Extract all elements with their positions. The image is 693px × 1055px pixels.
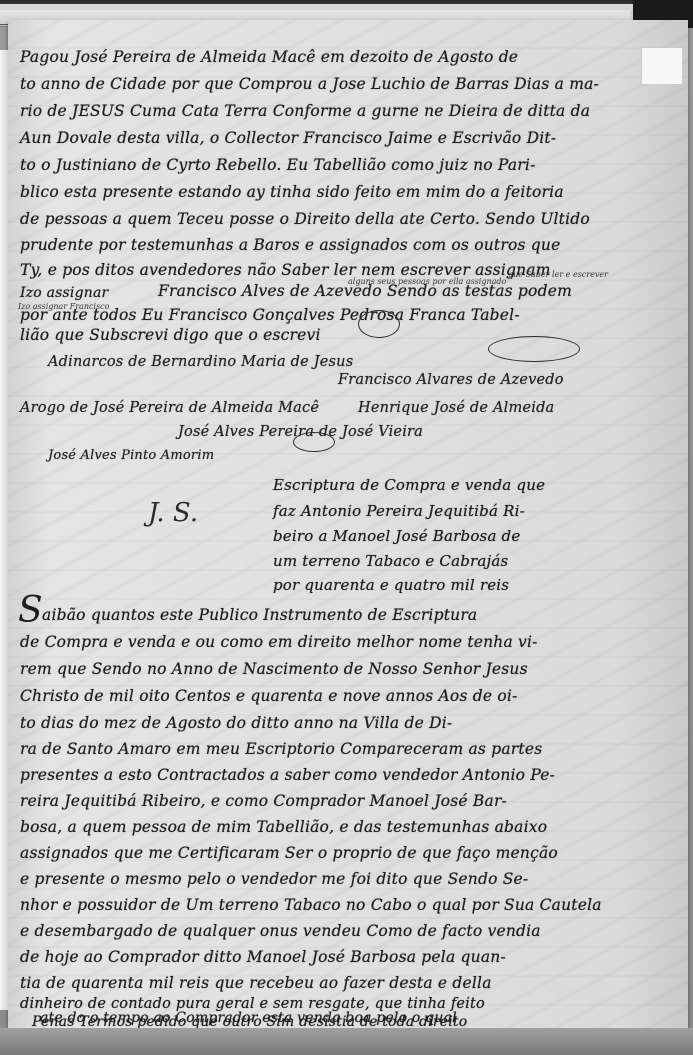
- paper-flap: [641, 48, 682, 84]
- text-line: to anno de Cidade por que Comprou a Jose…: [20, 75, 599, 93]
- text-line: ate do o tempo ao Comprador esta venda b…: [40, 1010, 457, 1026]
- text-line: bosa, a quem pessoa de mim Tabellião, e …: [20, 818, 547, 836]
- text-line: to dias do mez de Agosto do ditto anno n…: [20, 714, 452, 732]
- heading-line: faz Antonio Pereira Jequitibá Ri-: [273, 502, 525, 520]
- text-line: rem que Sendo no Anno de Nascimento de N…: [20, 660, 528, 678]
- text-line: Aun Dovale desta villa, o Collector Fran…: [20, 129, 556, 147]
- signature: Arogo de José Pereira de Almeida Macê: [20, 400, 319, 416]
- text-line: Pagou José Pereira de Almeida Macê em de…: [20, 48, 518, 66]
- text-line: aibão quantos este Publico Instrumento d…: [42, 606, 477, 624]
- interlinear-note: que Saber ler e escrever: [508, 270, 608, 279]
- margin-initials: J. S.: [148, 498, 198, 528]
- text-line: tia de quarenta mil reis que recebeu ao …: [20, 974, 492, 992]
- signature-flourish: [488, 336, 580, 362]
- text-line: prudente por testemunhas a Baros e assig…: [20, 236, 560, 254]
- text-line: de Compra e venda e ou como em direito m…: [20, 633, 538, 651]
- text-line: e presente o mesmo pelo o vendedor me fo…: [20, 870, 528, 888]
- text-line: e desembargado de qualquer onus vendeu C…: [20, 922, 541, 940]
- text-line: de hoje ao Comprador ditto Manoel José B…: [20, 948, 506, 966]
- decorated-initial: S: [18, 590, 43, 631]
- text-line: assignados que me Certificaram Ser o pro…: [20, 844, 558, 862]
- text-line: ra de Santo Amaro em meu Escriptorio Com…: [20, 740, 542, 758]
- scanner-bed: [0, 1028, 693, 1055]
- text-line: reira Jequitibá Ribeiro, e como Comprado…: [20, 792, 507, 810]
- heading-line: um terreno Tabaco e Cabrajás: [273, 552, 508, 570]
- text-line: lião que Subscrevi digo que o escrevi: [20, 326, 321, 344]
- heading-line: por quarenta e quatro mil reis: [273, 576, 509, 594]
- text-line: presentes a esto Contractados a saber co…: [20, 766, 555, 784]
- text-line: por ante todos Eu Francisco Gonçalves Pe…: [20, 306, 520, 324]
- flourish-mark: [358, 310, 400, 338]
- text-line: to o Justiniano de Cyrto Rebello. Eu Tab…: [20, 156, 536, 174]
- text-line: rio de JESUS Cuma Cata Terra Conforme a …: [20, 102, 590, 120]
- signature-flourish: [293, 432, 335, 452]
- text-line: Izo assignar: [20, 285, 108, 301]
- signature: Henrique José de Almeida: [358, 400, 554, 416]
- heading-line: beiro a Manoel José Barbosa de: [273, 527, 520, 545]
- text-line: Christo de mil oito Centos e quarenta e …: [20, 687, 518, 705]
- heading-line: Escriptura de Compra e venda que: [273, 476, 545, 494]
- page-left-edge: [0, 50, 8, 1010]
- signature: Adinarcos de Bernardino Maria de Jesus: [48, 354, 353, 370]
- text-line: blico esta presente estando ay tinha sid…: [20, 183, 564, 201]
- signature: José Alves Pinto Amorim: [48, 448, 214, 463]
- text-line: de pessoas a quem Teceu posse o Direito …: [20, 210, 590, 228]
- signature: Francisco Alvares de Azevedo: [338, 372, 564, 388]
- text-line: Francisco Alves de Azevedo Sendo as test…: [158, 282, 572, 300]
- scan-background: Pagou José Pereira de Almeida Macê em de…: [0, 0, 693, 1055]
- manuscript-page: Pagou José Pereira de Almeida Macê em de…: [8, 20, 688, 1029]
- text-line: nhor e possuidor de Um terreno Tabaco no…: [20, 896, 602, 914]
